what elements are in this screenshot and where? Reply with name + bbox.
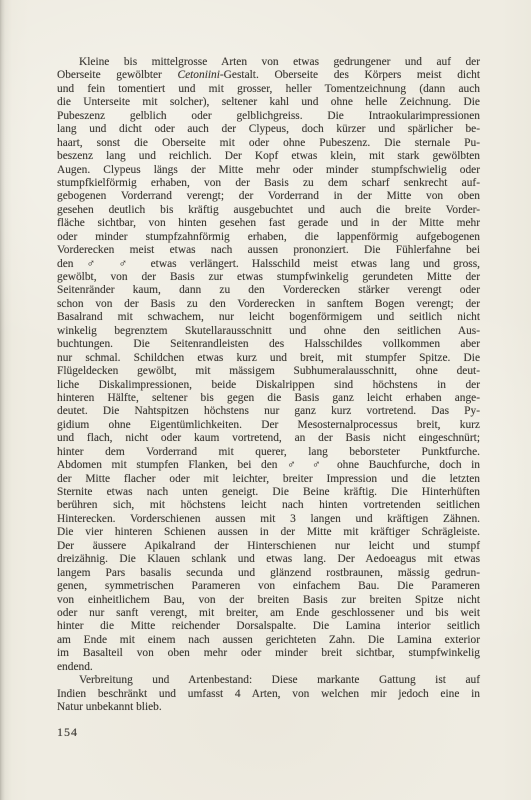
page-number: 154	[57, 725, 78, 740]
body-text: Kleine bis mittelgrosse Arten von etwas …	[57, 56, 480, 714]
text-line: genen, symmetrischen Parameren von einfa…	[57, 580, 480, 593]
text-line: Seitenränder kaum, dann zu den Vordereck…	[57, 284, 480, 297]
text-line: langem Pars basalis secunda und glänzend…	[57, 567, 480, 580]
text-line: hinter die Mitte reichender Dorsalspalte…	[57, 620, 480, 633]
text-line: winkelig begrenztem Skutellarausschnitt …	[57, 325, 480, 338]
text-line: gewölbt, von der Basis zur etwas stumpfw…	[57, 271, 480, 284]
text-line: Oberseite gewölbter Cetoniini-Gestalt. O…	[57, 69, 480, 82]
text-line: haart, sonst die Oberseite mit oder ohne…	[57, 137, 480, 150]
text-line: Sternite etwas nach unten geneigt. Die B…	[57, 486, 480, 499]
book-page: Kleine bis mittelgrosse Arten von etwas …	[0, 0, 531, 800]
text-line: beszenz lang und reichlich. Der Kopf etw…	[57, 150, 480, 163]
text-line: berühren sich, mit höchstens leicht nach…	[57, 499, 480, 512]
text-line: nur schmal. Schildchen etwas kurz und br…	[57, 352, 480, 365]
text-line: gidium ohne Eigentümlichkeiten. Der Meso…	[57, 419, 480, 432]
paragraph-distribution: Verbreitung und Artenbestand: Diese mark…	[57, 674, 480, 714]
text-line: der Mitte flacher oder mit leichter, bre…	[57, 473, 480, 486]
text-line: Vorderecken meist etwas nach aussen pron…	[57, 244, 480, 257]
text-line: Basalrand mit schwachem, nur leicht boge…	[57, 311, 480, 324]
text-line: dreizähnig. Die Klauen schlank und etwas…	[57, 553, 480, 566]
text-line: fläche sichtbar, von hinten gesehen fast…	[57, 217, 480, 230]
text-line: Der äussere Apikalrand der Hinterschiene…	[57, 540, 480, 553]
text-line: Indien beschränkt und umfasst 4 Arten, v…	[57, 688, 480, 701]
text-line: Flügeldecken gewölbt, mit mässigem Subhu…	[57, 365, 480, 378]
text-line: Die vier hinteren Schienen aussen in der…	[57, 526, 480, 539]
text-line: den ♂ ♂ etwas verlängert. Halsschild mei…	[57, 258, 480, 271]
text-line: oder nur sanft verengt, mit breiter, am …	[57, 607, 480, 620]
text-line: deutet. Die Nahtspitzen höchstens nur ga…	[57, 405, 480, 418]
text-line: hinteren Hälfte, seltener bis gegen die …	[57, 392, 480, 405]
text-line: Augen. Clypeus längs der Mitte mehr oder…	[57, 164, 480, 177]
text-line: oder minder stumpfzahnförmig erhaben, di…	[57, 231, 480, 244]
text-line: endend.	[57, 661, 480, 674]
text-line: im Basalteil von oben mehr oder minder b…	[57, 647, 480, 660]
text-line: lang und dicht oder auch der Clypeus, do…	[57, 123, 480, 136]
text-line: am Ende mit einem nach aussen gerichtete…	[57, 634, 480, 647]
text-line: Natur unbekannt blieb.	[57, 701, 480, 714]
text-line: Abdomen mit stumpfen Flanken, bei den ♂ …	[57, 459, 480, 472]
text-line: buchtungen. Die Seitenrandleisten des Ha…	[57, 338, 480, 351]
text-line: und fein tomentiert und mit grosser, hel…	[57, 83, 480, 96]
text-line: die Unterseite mit solcher), seltener ka…	[57, 96, 480, 109]
text-line: Hinterecken. Vorderschienen aussen mit 3…	[57, 513, 480, 526]
text-line: Verbreitung und Artenbestand: Diese mark…	[57, 674, 480, 687]
text-line: und flach, nicht oder kaum vortretend, a…	[57, 432, 480, 445]
text-line: Kleine bis mittelgrosse Arten von etwas …	[57, 56, 480, 69]
text-line: hinter dem Vorderrand mit querer, lang b…	[57, 446, 480, 459]
paragraph-genus-description: Kleine bis mittelgrosse Arten von etwas …	[57, 56, 480, 674]
text-line: von einheitlichem Bau, von der breiten B…	[57, 594, 480, 607]
text-line: schon von der Basis zu den Vorderecken i…	[57, 298, 480, 311]
text-line: stumpfkielförmig erhaben, von der Basis …	[57, 177, 480, 190]
text-line: Pubeszenz gelblich oder gelblichgreiss. …	[57, 110, 480, 123]
text-line: gebogenen Vorderrand verengt; der Vorder…	[57, 190, 480, 203]
text-line: liche Diskalimpressionen, beide Diskalri…	[57, 379, 480, 392]
text-line: gesehen deutlich bis kräftig ausgebuchte…	[57, 204, 480, 217]
